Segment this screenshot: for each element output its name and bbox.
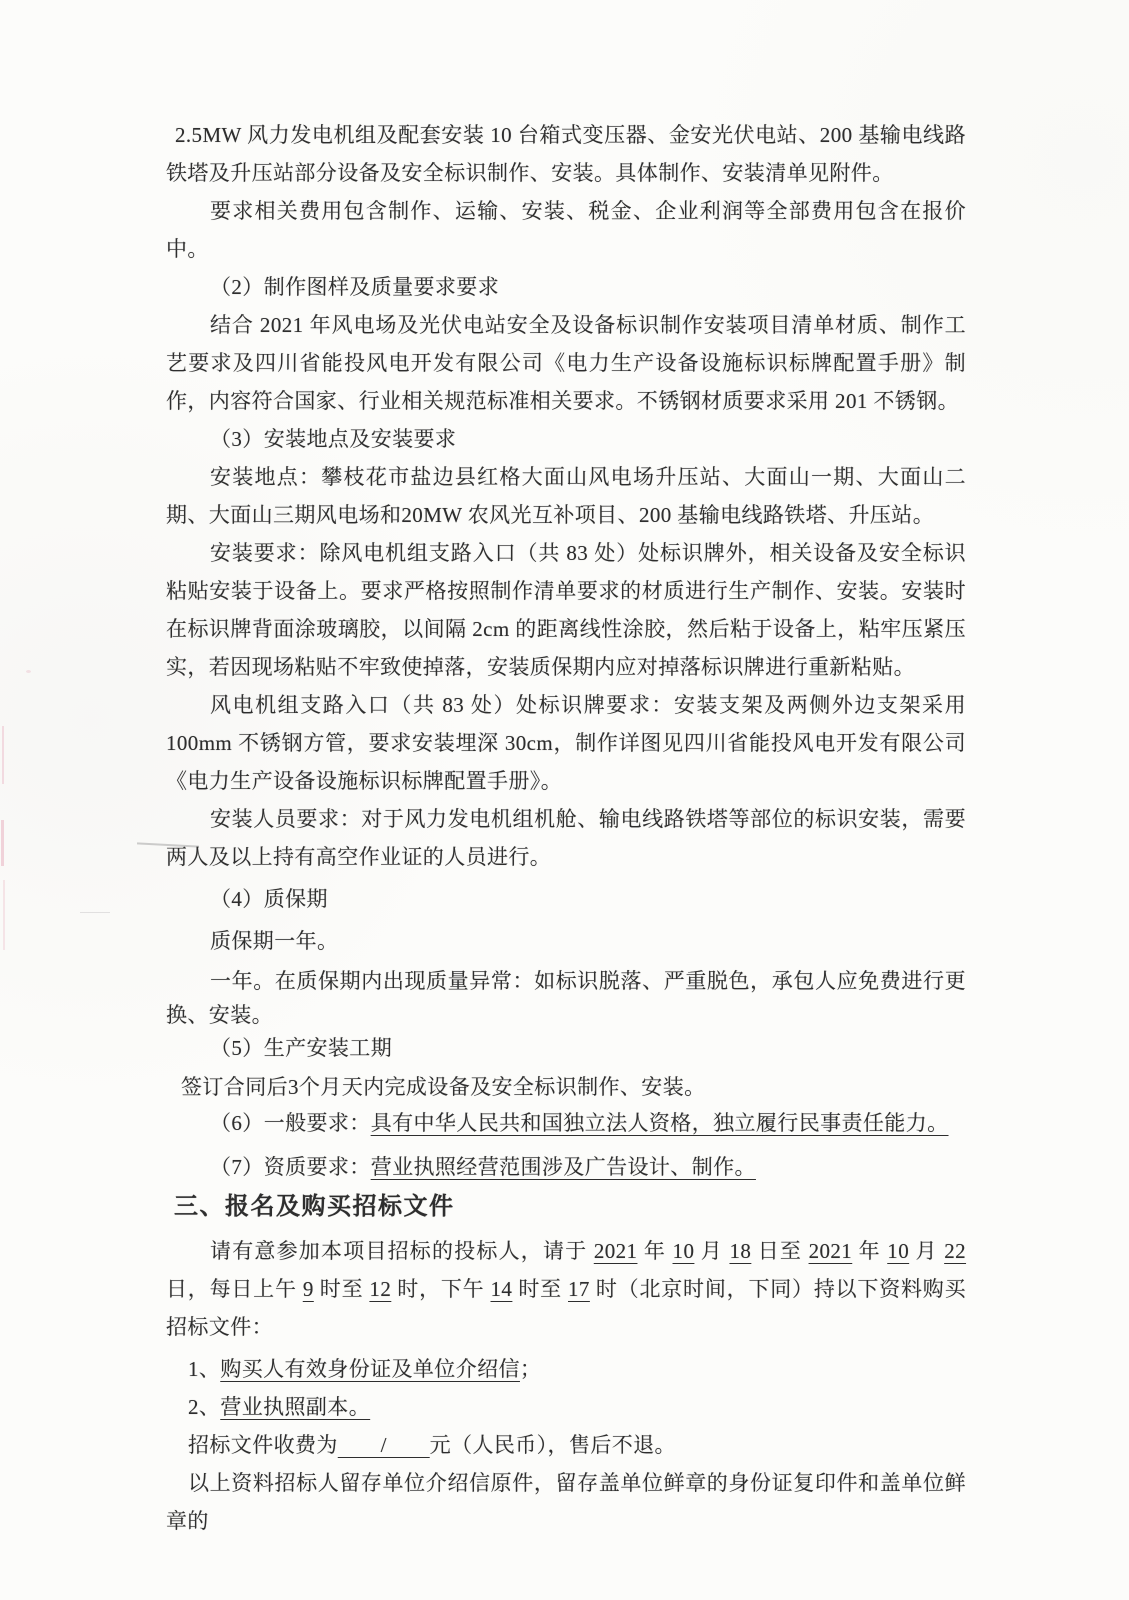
para-document-fee: 招标文件收费为 / 元（人民币），售后不退。 — [166, 1426, 966, 1464]
para-registration-dates: 请有意参加本项目招标的投标人，请于 2021 年 10 月 18 日至 2021… — [166, 1232, 966, 1346]
text-segment: 年 — [852, 1239, 887, 1263]
para-fee-inclusion: 要求相关费用包含制作、运输、安装、税金、企业利润等全部费用包含在报价中。 — [166, 192, 966, 268]
list-item-1: 1、购买人有效身份证及单位介绍信； — [166, 1350, 966, 1388]
text-segment: （6）一般要求： — [210, 1111, 371, 1135]
text-segment: （5）生产安装工期 — [210, 1036, 392, 1060]
text-segment: （2）制作图样及质量要求要求 — [210, 275, 499, 299]
para-schedule: 签订合同后3个月天内完成设备及安全标识制作、安装。 — [166, 1068, 966, 1106]
para-general-requirements: （6）一般要求：具有中华人民共和国独立法人资格，独立履行民事责任能力。 — [166, 1106, 966, 1140]
underlined-text: 购买人有效身份证及单位介绍信 — [220, 1357, 520, 1381]
text-segment: 时，下午 — [391, 1277, 490, 1301]
underlined-text: 14 — [491, 1277, 513, 1301]
text-segment: 元（人民币），售后不退。 — [430, 1433, 676, 1457]
text-segment: 2.5MW 风力发电机组及配套安装 10 台箱式变压器、金安光伏电站、200 基… — [166, 123, 966, 185]
heading-item-4: （4）质保期 — [166, 880, 966, 918]
text-segment: （4）质保期 — [210, 887, 328, 911]
para-personnel-requirements: 安装人员要求：对于风力发电机组机舱、输电线路铁塔等部位的标识安装，需要两人及以上… — [166, 800, 966, 876]
text-segment: 结合 2021 年风电场及光伏电站安全及设备标识制作安装项目清单材质、制作工艺要… — [166, 313, 966, 413]
para-install-location: 安装地点：攀枝花市盐边县红格大面山风电场升压站、大面山一期、大面山二期、大面山三… — [166, 458, 966, 534]
document-body: 2.5MW 风力发电机组及配套安装 10 台箱式变压器、金安光伏电站、200 基… — [166, 116, 966, 1540]
underlined-text: 具有中华人民共和国独立法人资格，独立履行民事责任能力。 — [371, 1111, 949, 1135]
heading-item-2: （2）制作图样及质量要求要求 — [166, 268, 966, 306]
underlined-text: / — [338, 1433, 430, 1457]
text-segment: 请有意参加本项目招标的投标人，请于 — [210, 1239, 594, 1263]
text-segment: 安装要求：除风电机组支路入口（共 83 处）处标识牌外，相关设备及安全标识粘贴安… — [166, 541, 966, 679]
heading-item-5: （5）生产安装工期 — [166, 1032, 966, 1064]
text-segment: 三、报名及购买招标文件 — [174, 1193, 455, 1220]
text-segment: 安装地点：攀枝花市盐边县红格大面山风电场升压站、大面山一期、大面山二期、大面山三… — [166, 465, 966, 527]
para-continuation: 2.5MW 风力发电机组及配套安装 10 台箱式变压器、金安光伏电站、200 基… — [166, 116, 966, 192]
text-segment: 年 — [637, 1239, 672, 1263]
underlined-text: 12 — [369, 1277, 391, 1301]
underlined-text: 22 — [944, 1239, 966, 1263]
text-segment: 一年。在质保期内出现质量异常：如标识脱落、严重脱色，承包人应免费进行更换、安装。 — [166, 969, 966, 1027]
text-segment: 月 — [909, 1239, 944, 1263]
text-segment: 以上资料招标人留存单位介绍信原件，留存盖单位鲜章的身份证复印件和盖单位鲜章的 — [166, 1471, 966, 1533]
underlined-text: 营业执照经营范围涉及广告设计、制作。 — [371, 1155, 756, 1179]
para-warranty-period: 质保期一年。 — [166, 922, 966, 960]
list-item-2: 2、营业执照副本。 — [166, 1388, 966, 1426]
text-segment: 1、 — [188, 1357, 220, 1381]
para-quality-requirements: 结合 2021 年风电场及光伏电站安全及设备标识制作安装项目清单材质、制作工艺要… — [166, 306, 966, 420]
text-segment: 2、 — [188, 1395, 220, 1419]
para-install-requirements: 安装要求：除风电机组支路入口（共 83 处）处标识牌外，相关设备及安全标识粘贴安… — [166, 534, 966, 686]
text-segment: 风电机组支路入口（共 83 处）处标识牌要求：安装支架及两侧外边支架采用 100… — [166, 693, 966, 793]
underlined-text: 10 — [673, 1239, 695, 1263]
para-warranty-detail: 一年。在质保期内出现质量异常：如标识脱落、严重脱色，承包人应免费进行更换、安装。 — [166, 964, 966, 1032]
underlined-text: 10 — [887, 1239, 909, 1263]
section-heading-3: 三、报名及购买招标文件 — [166, 1186, 966, 1228]
para-qualification-requirements: （7）资质要求：营业执照经营范围涉及广告设计、制作。 — [166, 1148, 966, 1186]
underlined-text: 营业执照副本。 — [220, 1395, 370, 1419]
text-segment: ； — [520, 1357, 541, 1381]
para-sign-bracket-requirements: 风电机组支路入口（共 83 处）处标识牌要求：安装支架及两侧外边支架采用 100… — [166, 686, 966, 800]
underlined-text: 17 — [568, 1277, 590, 1301]
text-segment: 安装人员要求：对于风力发电机组机舱、输电线路铁塔等部位的标识安装，需要两人及以上… — [166, 807, 966, 869]
underlined-text: 2021 — [594, 1239, 638, 1263]
text-segment: 签订合同后3个月天内完成设备及安全标识制作、安装。 — [181, 1075, 706, 1099]
heading-item-3: （3）安装地点及安装要求 — [166, 420, 966, 458]
text-segment: 时至 — [314, 1277, 370, 1301]
text-segment: 月 — [694, 1239, 729, 1263]
text-segment: 时至 — [512, 1277, 568, 1301]
text-segment: （7）资质要求： — [210, 1155, 371, 1179]
text-segment: 要求相关费用包含制作、运输、安装、税金、企业利润等全部费用包含在报价中。 — [166, 199, 966, 261]
underlined-text: 18 — [729, 1239, 751, 1263]
para-materials-retained: 以上资料招标人留存单位介绍信原件，留存盖单位鲜章的身份证复印件和盖单位鲜章的 — [166, 1464, 966, 1540]
text-segment: 质保期一年。 — [210, 929, 338, 953]
underlined-text: 2021 — [809, 1239, 853, 1263]
text-segment: 招标文件收费为 — [188, 1433, 338, 1457]
text-segment: 日至 — [751, 1239, 808, 1263]
text-segment: （3）安装地点及安装要求 — [210, 427, 456, 451]
underlined-text: 9 — [303, 1277, 314, 1301]
text-segment: 日，每日上午 — [166, 1277, 303, 1301]
